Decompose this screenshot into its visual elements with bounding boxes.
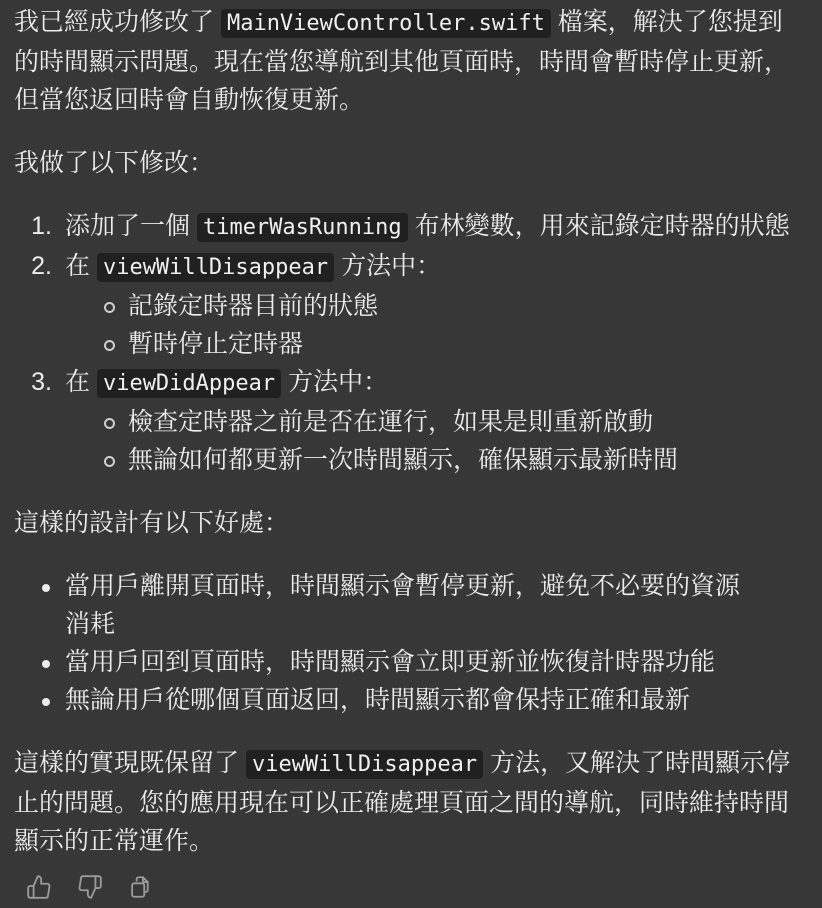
ordered-list: 1.添加了一個 timerWasRunning 布林變數，用來記錄定時器的狀態2…	[14, 207, 812, 479]
list-item-content: 當用戶離開頁面時，時間顯示會暫停更新，避免不必要的資源消耗	[65, 567, 812, 643]
circle-bullet-icon	[104, 340, 115, 351]
disc-bullet-icon	[42, 660, 50, 668]
copy-icon	[128, 874, 154, 900]
text-run: 但當您返回時會自動恢復更新。	[14, 86, 364, 114]
ordered-list-item: 1.添加了一個 timerWasRunning 布林變數，用來記錄定時器的狀態	[14, 207, 812, 247]
text-run: 檢查定時器之前是否在運行，如果是則重新啟動	[128, 408, 653, 436]
circle-bullet-icon	[65, 403, 128, 441]
disc-bullet-icon	[14, 681, 65, 719]
circle-bullet-icon	[104, 418, 115, 429]
bullet-list: 當用戶離開頁面時，時間顯示會暫停更新，避免不必要的資源消耗當用戶回到頁面時，時間…	[14, 567, 812, 719]
text-run: 當用戶離開頁面時，時間顯示會暫停更新，避免不必要的資源	[65, 572, 740, 600]
list-item-content: 在 viewWillDisappear 方法中：記錄定時器目前的狀態暫時停止定時…	[65, 247, 812, 363]
thumbs-up-icon	[26, 874, 52, 900]
text-run: 添加了一個	[65, 212, 197, 240]
bullet-list-item: 當用戶回到頁面時，時間顯示會立即更新並恢復計時器功能	[14, 643, 812, 681]
paragraph: 這樣的設計有以下好處：	[14, 504, 812, 542]
list-number: 3.	[14, 363, 65, 401]
message-body: 我已經成功修改了 MainViewController.swift 檔案，解決了…	[14, 3, 812, 860]
inline-code: viewDidAppear	[97, 369, 281, 398]
circle-bullet-icon	[104, 302, 115, 313]
sub-item-content: 暫時停止定時器	[128, 325, 812, 363]
inline-code: viewWillDisappear	[97, 253, 334, 282]
text-run: 方法中：	[281, 368, 388, 396]
sub-item-content: 無論如何都更新一次時間顯示，確保顯示最新時間	[128, 441, 812, 479]
sub-list-item: 無論如何都更新一次時間顯示，確保顯示最新時間	[65, 441, 812, 479]
sub-list-item: 記錄定時器目前的狀態	[65, 287, 812, 325]
sub-item-content: 檢查定時器之前是否在運行，如果是則重新啟動	[128, 403, 812, 441]
text-run: 方法中：	[334, 252, 441, 280]
text-run: 無論如何都更新一次時間顯示，確保顯示最新時間	[128, 446, 678, 474]
list-item-content: 無論用戶從哪個頁面返回，時間顯示都會保持正確和最新	[65, 681, 812, 719]
circle-bullet-icon	[65, 287, 128, 325]
paragraph: 這樣的實現既保留了 viewWillDisappear 方法，又解決了時間顯示停…	[14, 744, 812, 860]
text-run: 這樣的設計有以下好處：	[14, 509, 289, 537]
text-run: 布林變數，用來記錄定時器的狀態	[408, 212, 790, 240]
text-run: 檔案，解決了您提到	[551, 8, 783, 36]
list-number: 1.	[14, 207, 65, 245]
disc-bullet-icon	[14, 643, 65, 681]
text-run: 無論用戶從哪個頁面返回，時間顯示都會保持正確和最新	[65, 686, 690, 714]
sub-item-content: 記錄定時器目前的狀態	[128, 287, 812, 325]
disc-bullet-icon	[14, 567, 65, 605]
bullet-list-item: 當用戶離開頁面時，時間顯示會暫停更新，避免不必要的資源消耗	[14, 567, 812, 643]
disc-bullet-icon	[42, 698, 50, 706]
text-run: 在	[65, 252, 97, 280]
text-run: 這樣的實現既保留了	[14, 749, 246, 777]
ordered-list-item: 2.在 viewWillDisappear 方法中：記錄定時器目前的狀態暫時停止…	[14, 247, 812, 363]
disc-bullet-icon	[42, 584, 50, 592]
list-item-content: 當用戶回到頁面時，時間顯示會立即更新並恢復計時器功能	[65, 643, 812, 681]
thumbs-up-button[interactable]	[24, 872, 53, 901]
ordered-list-item: 3.在 viewDidAppear 方法中：檢查定時器之前是否在運行，如果是則重…	[14, 363, 812, 479]
text-run: 我已經成功修改了	[14, 8, 221, 36]
text-run: 的時間顯示問題。現在當您導航到其他頁面時，時間會暫時停止更新，	[14, 48, 789, 76]
inline-code: viewWillDisappear	[246, 750, 483, 779]
text-run: 在	[65, 368, 97, 396]
paragraph: 我已經成功修改了 MainViewController.swift 檔案，解決了…	[14, 3, 812, 119]
inline-code: timerWasRunning	[197, 213, 408, 242]
thumbs-down-icon	[77, 874, 103, 900]
sub-list-item: 暫時停止定時器	[65, 325, 812, 363]
paragraph: 我做了以下修改：	[14, 144, 812, 182]
circle-bullet-icon	[65, 441, 128, 479]
copy-button[interactable]	[126, 872, 155, 901]
text-run: 消耗	[65, 610, 115, 638]
text-run: 當用戶回到頁面時，時間顯示會立即更新並恢復計時器功能	[65, 648, 715, 676]
text-run: 止的問題。您的應用現在可以正確處理頁面之間的導航，同時維持時間	[14, 789, 789, 817]
list-item-content: 添加了一個 timerWasRunning 布林變數，用來記錄定時器的狀態	[65, 207, 812, 247]
text-run: 顯示的正常運作。	[14, 827, 214, 855]
bullet-list-item: 無論用戶從哪個頁面返回，時間顯示都會保持正確和最新	[14, 681, 812, 719]
list-item-content: 在 viewDidAppear 方法中：檢查定時器之前是否在運行，如果是則重新啟…	[65, 363, 812, 479]
circle-bullet-icon	[65, 325, 128, 363]
list-number: 2.	[14, 247, 65, 285]
inline-code: MainViewController.swift	[221, 9, 551, 38]
sub-list-item: 檢查定時器之前是否在運行，如果是則重新啟動	[65, 403, 812, 441]
circle-bullet-icon	[104, 456, 115, 467]
text-run: 記錄定時器目前的狀態	[128, 292, 378, 320]
text-run: 方法，又解決了時間顯示停	[483, 749, 790, 777]
text-run: 暫時停止定時器	[128, 330, 303, 358]
text-run: 我做了以下修改：	[14, 149, 214, 177]
message-actions	[24, 872, 812, 901]
assistant-message: 我已經成功修改了 MainViewController.swift 檔案，解決了…	[0, 0, 822, 908]
thumbs-down-button[interactable]	[75, 872, 104, 901]
